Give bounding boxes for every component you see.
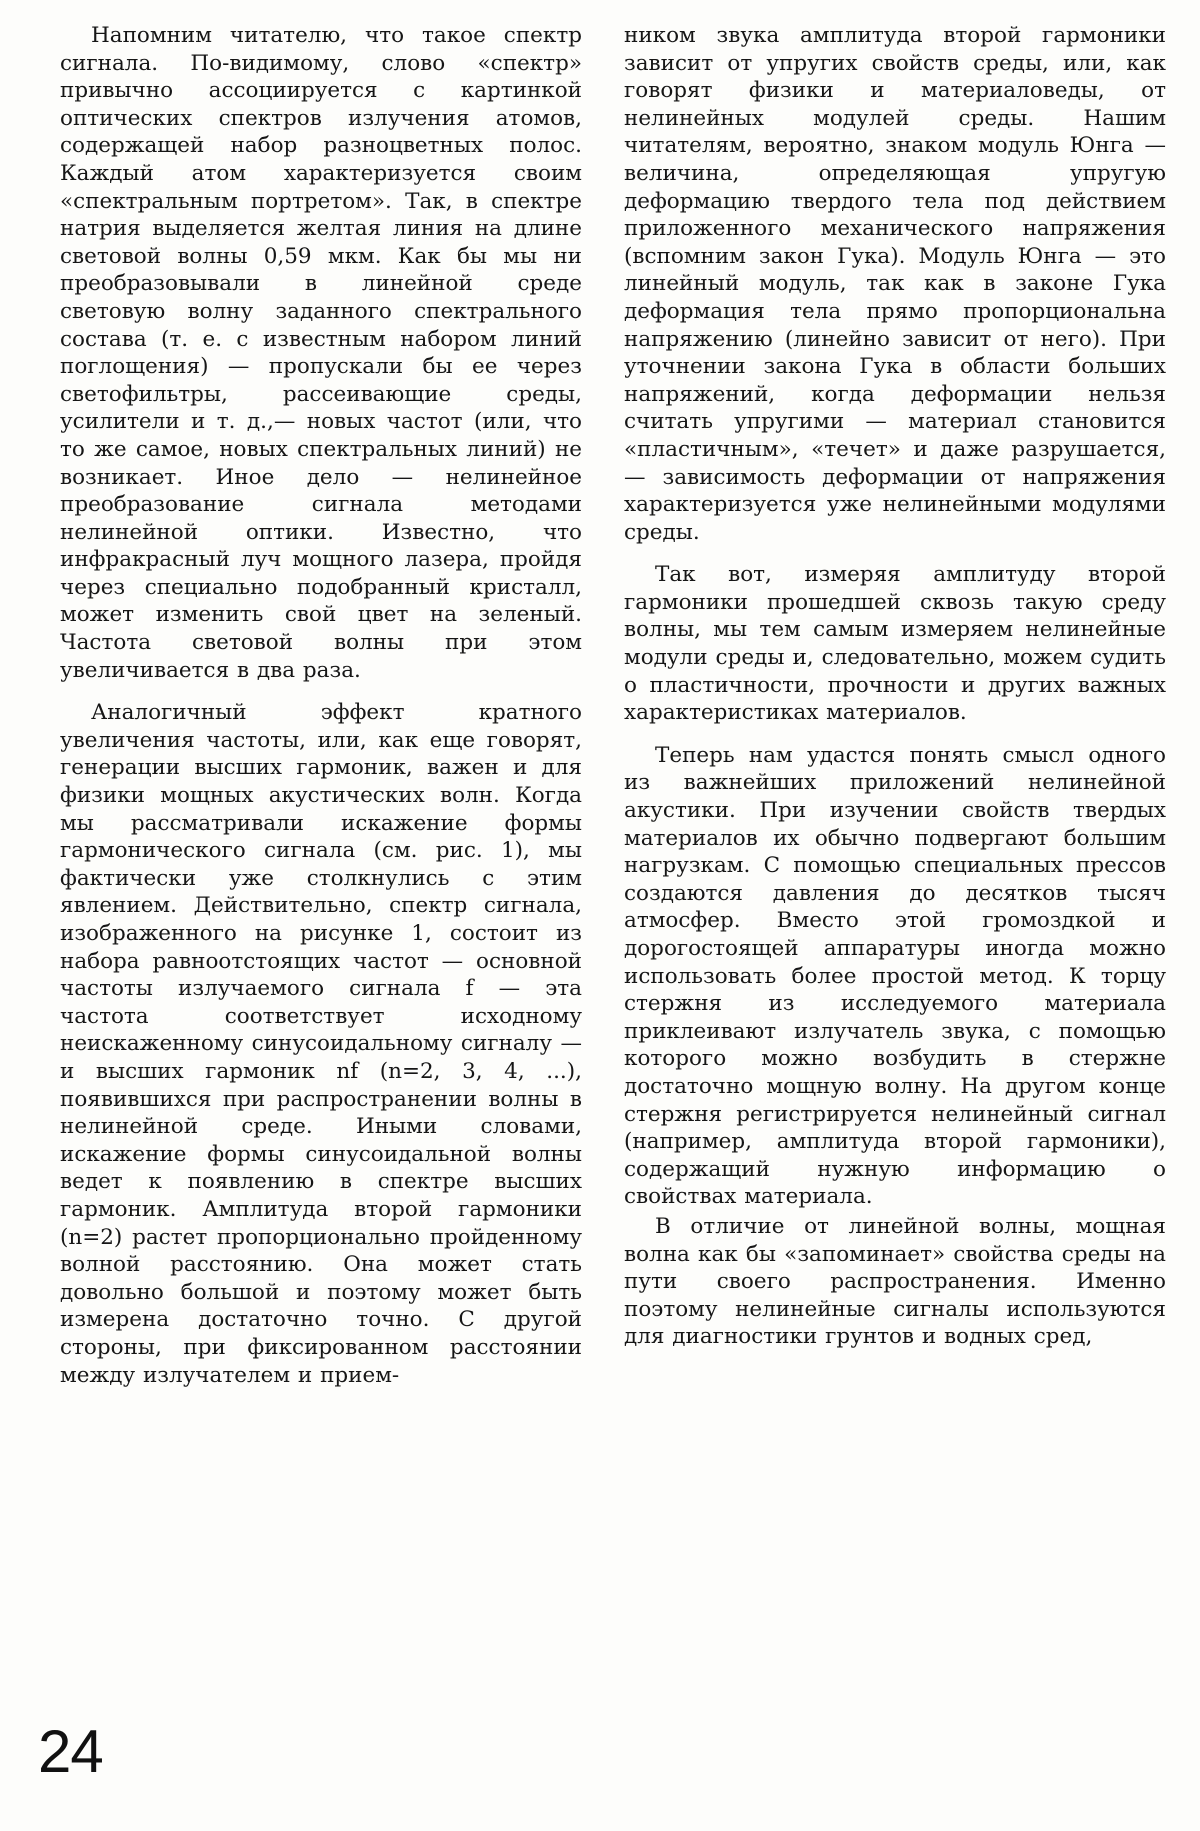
paragraph-nonlinear-moduli: ником звука амплитуда второй гармоники з… bbox=[624, 22, 1166, 546]
paragraph-measuring-second-harmonic: Так вот, измеряя амплитуду второй гармон… bbox=[624, 561, 1166, 727]
paragraph-harmonics-generation: Аналогичный эффект кратного увеличения ч… bbox=[60, 699, 582, 1389]
right-column: ником звука амплитуда второй гармоники з… bbox=[624, 22, 1166, 1366]
page-number: 24 bbox=[38, 1722, 103, 1782]
document-page: Напомним читателю, что такое спектр сигн… bbox=[0, 0, 1200, 1831]
left-column: Напомним читателю, что такое спектр сигн… bbox=[60, 22, 582, 1404]
paragraph-spectrum-intro: Напомним читателю, что такое спектр сигн… bbox=[60, 22, 582, 684]
paragraph-wave-memory: В отличие от линейной волны, мощная волн… bbox=[624, 1213, 1166, 1351]
paragraph-acoustics-application: Теперь нам удастся понять смысл одного и… bbox=[624, 742, 1166, 1211]
